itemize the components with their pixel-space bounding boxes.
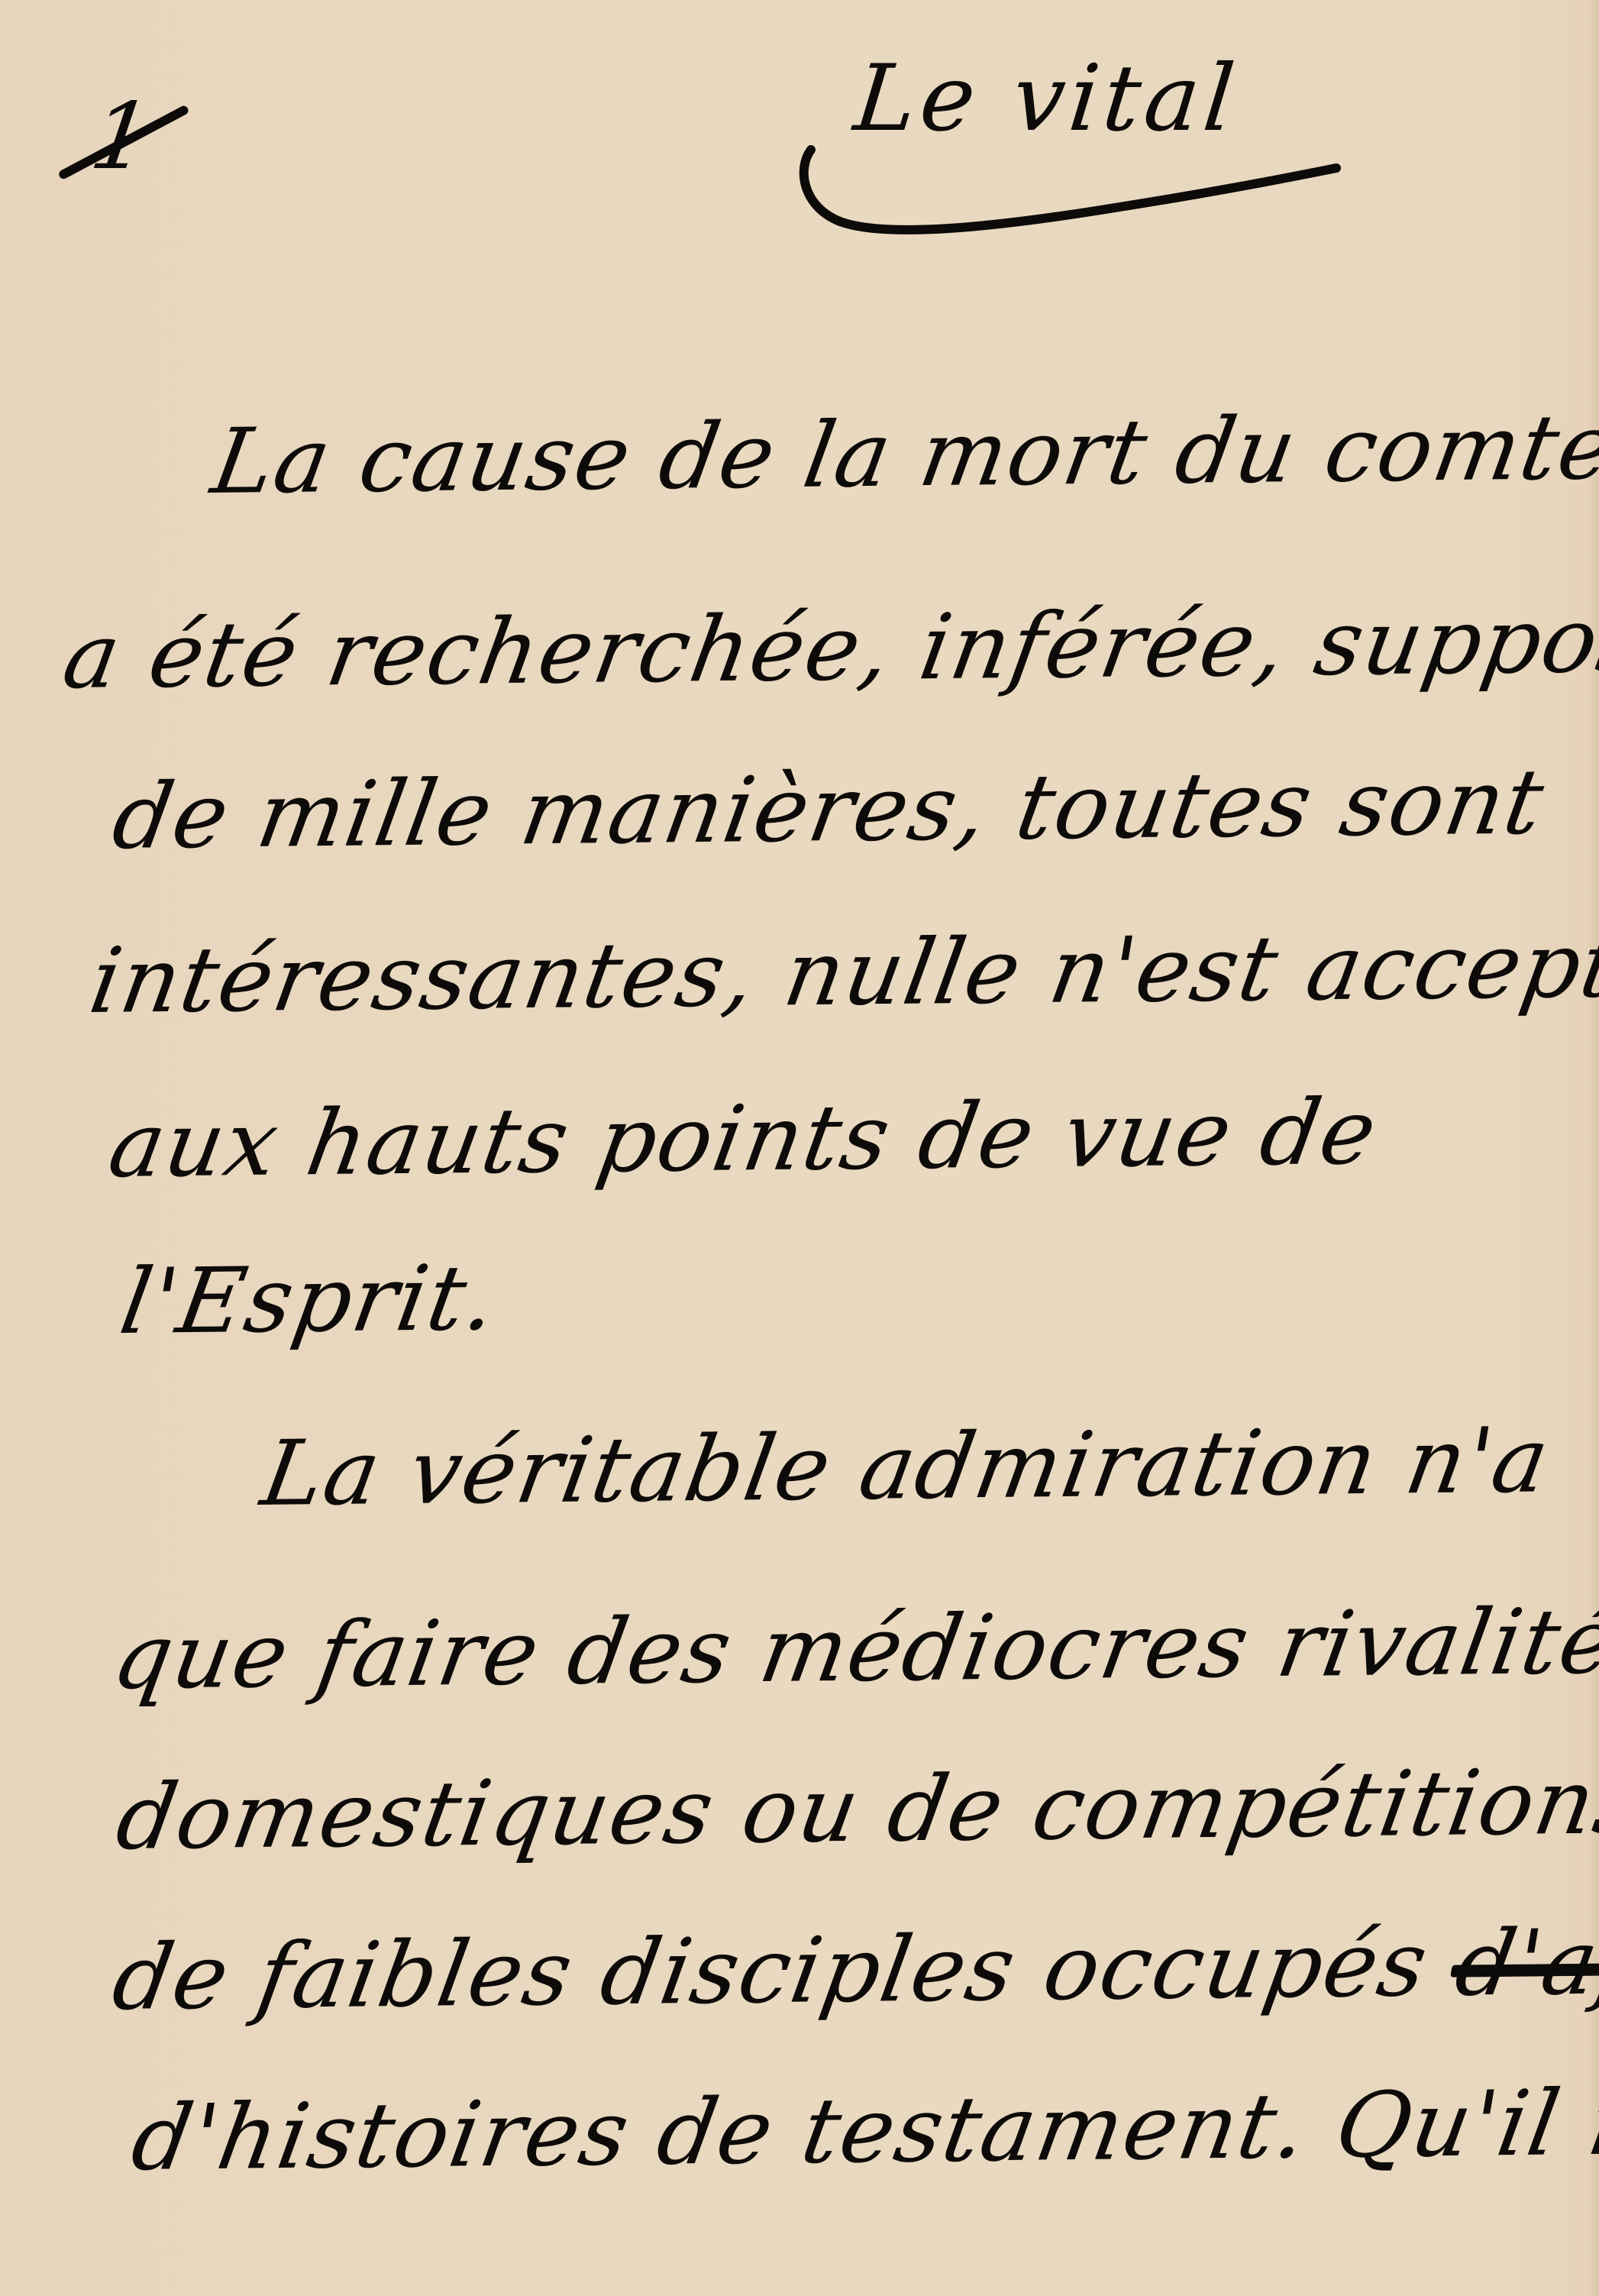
manuscript-line: l'Esprit. [115,1253,504,1347]
manuscript-line: de faibles disciples occupés d'affaires [107,1914,1599,2023]
manuscript-line: domestiques ou de compétitions [111,1756,1599,1862]
struck-through-word: d'affaires [1450,1914,1599,2009]
heading-underline-swash [794,137,1344,237]
manuscript-line: d'histoires de testament. Qu'il n'aimât [126,2074,1599,2183]
line-text: de faibles disciples occupés [106,1911,1436,2030]
manuscript-line: La véritable admiration n'a [256,1415,1556,1518]
manuscript-line: que faire des médiocres rivalités [107,1596,1599,1702]
page-number: 1 [86,92,157,183]
manuscript-line: La cause de la mort du comte T... [206,400,1599,506]
manuscript-page: 1 Le vital La cause de la mort du comte … [0,0,1599,2296]
manuscript-line: a été recherchée, inférée, supposée [57,593,1599,701]
page-heading: Le vital [851,53,1243,145]
manuscript-line: de mille manières, toutes sont [107,756,1551,862]
manuscript-line: aux hauts points de vue de [103,1087,1384,1190]
manuscript-line: intéressantes, nulle n'est acceptable [84,917,1599,1026]
